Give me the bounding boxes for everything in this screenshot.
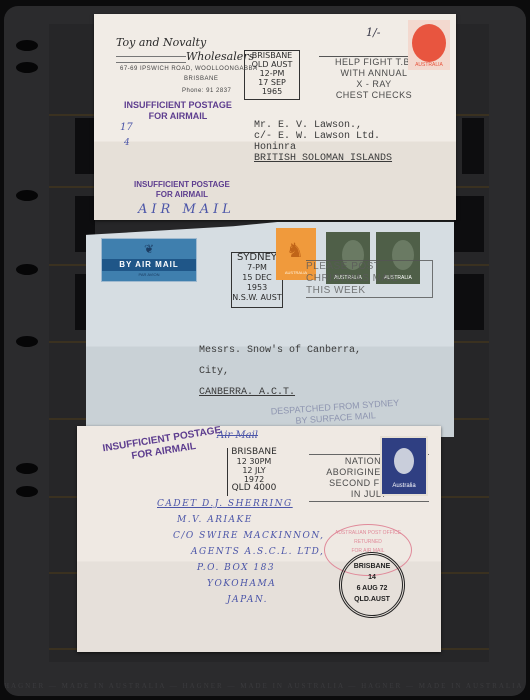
- pencil-mark: 17: [120, 122, 133, 133]
- postmark-brisbane-1972: BRISBANE 12 30PM 12 JLY 1972 QLD 4000: [227, 448, 280, 496]
- postmark-city: SYDNEY: [232, 253, 282, 263]
- slogan-line: PLEASE POST: [306, 261, 432, 273]
- recipient-address: Mr. E. V. Lawson., c/- E. W. Lawson Ltd.…: [254, 120, 392, 164]
- stamp-country: Australia: [382, 483, 426, 489]
- address-line: BRITISH SOLOMAN ISLANDS: [254, 153, 392, 164]
- backstamp-city: BRISBANE: [342, 561, 402, 572]
- address-line: c/- E. W. Lawson Ltd.: [254, 131, 392, 142]
- insufficient-postage-cachet-2: INSUFFICIENT POSTAGE FOR AIRMAIL: [134, 180, 230, 200]
- slogan-line: THIS WEEK: [306, 285, 432, 297]
- stamp-country: AUSTRALIA: [408, 62, 450, 68]
- cachet-line: INSUFFICIENT POSTAGE: [124, 100, 232, 111]
- insufficient-postage-cachet: INSUFFICIENT POSTAGE FOR AIRMAIL: [124, 100, 232, 122]
- letterhead-rule: [116, 56, 186, 63]
- cover-1965: Toy and Novalty Wholesalers 67-69 IPSWIC…: [94, 14, 456, 220]
- postmark-city: BRISBANE: [245, 51, 299, 60]
- backstamp-state: QLD.AUST: [342, 594, 402, 605]
- pencil-mark: 4: [124, 138, 130, 148]
- address-line: City,: [199, 361, 361, 382]
- address-line: M.V. ARIAKE: [157, 512, 325, 528]
- insufficient-postage-cachet: INSUFFICIENT POSTAGE FOR AIRMAIL: [102, 425, 224, 467]
- slogan-line: CHEST CHECKS: [319, 90, 429, 101]
- postmark-year: 1953: [232, 283, 282, 293]
- stamp-5c-queen: AUSTRALIA: [408, 20, 450, 70]
- address-line: C/O SWIRE MACKINNON,: [157, 528, 325, 544]
- strip-window: [454, 274, 484, 330]
- postmark-state: QLD AUST: [245, 60, 299, 69]
- binder-hole: [16, 486, 38, 497]
- sender-city: BRISBANE: [184, 76, 218, 82]
- sender-phone: Phone: 91 2837: [182, 88, 231, 94]
- backstamp-number: 14: [342, 572, 402, 583]
- address-line: CANBERRA. A.C.T.: [199, 382, 361, 403]
- wings-icon: ❦: [126, 242, 172, 256]
- sender-name-line1: Toy and Novalty: [116, 36, 206, 49]
- portrait-icon: [394, 448, 414, 474]
- binder-hole: [16, 264, 38, 275]
- postmark-footer: QLD 4000: [228, 484, 280, 493]
- postmark-date: 12 JLY: [228, 466, 280, 475]
- binder-hole: [16, 463, 38, 474]
- postmark-time: 12 30PM: [228, 457, 280, 466]
- cachet-line: AUSTRALIAN POST OFFICE: [325, 529, 411, 538]
- airmail-label-text: BY AIR MAIL: [102, 259, 196, 271]
- cachet-line: FOR AIRMAIL: [124, 111, 232, 122]
- backstamp-date: 6 AUG 72: [342, 583, 402, 594]
- slogan-line: X - RAY: [319, 79, 429, 90]
- cover-1953: ❦ BY AIR MAIL PAR AVION SYDNEY 7-PM 15 D…: [86, 222, 454, 437]
- airmail-label: ❦ BY AIR MAIL PAR AVION: [101, 238, 197, 282]
- struck-air-mail: Air Mail: [217, 430, 258, 441]
- postmark-time: 7-PM: [232, 263, 282, 273]
- address-line: JAPAN.: [157, 592, 325, 608]
- rate-note: 1/-: [366, 26, 380, 39]
- binder-hole: [16, 40, 38, 51]
- strip-window: [462, 118, 484, 174]
- cover-1972: INSUFFICIENT POSTAGE FOR AIRMAIL Air Mai…: [77, 426, 441, 652]
- address-line: YOKOHAMA: [157, 576, 325, 592]
- postmark-city: BRISBANE: [228, 448, 280, 457]
- kangaroo-icon: ♞: [286, 238, 304, 263]
- brisbane-backstamp: BRISBANE 14 6 AUG 72 QLD.AUST: [339, 552, 405, 618]
- stamp-7c-portrait: Australia: [380, 436, 428, 496]
- cachet-line: RETURNED: [325, 538, 411, 547]
- airmail-label-sub: PAR AVION: [102, 272, 196, 277]
- sender-address: 67-69 IPSWICH ROAD, WOOLLOONGABBA: [120, 66, 258, 72]
- binder-hole: [16, 190, 38, 201]
- queen-portrait-icon: [412, 24, 446, 62]
- postmark-year: 1965: [245, 87, 299, 96]
- postmark-date: 15 DEC: [232, 273, 282, 283]
- postmark-brisbane-1965: BRISBANE QLD AUST 12-PM 17 SEP 1965: [244, 50, 300, 100]
- address-line: Messrs. Snow's of Canberra,: [199, 340, 361, 361]
- strip-window: [75, 118, 95, 174]
- address-line: CADET D.J. SHERRING: [157, 496, 325, 512]
- cachet-line: INSUFFICIENT POSTAGE: [134, 180, 230, 190]
- address-line: Mr. E. V. Lawson.,: [254, 120, 392, 131]
- binder-hole: [16, 62, 38, 73]
- slogan-cancel-1953: PLEASE POST CHRISTMAS MAIL THIS WEEK: [306, 260, 433, 298]
- recipient-address-handwritten: CADET D.J. SHERRING M.V. ARIAKE C/O SWIR…: [157, 496, 325, 608]
- album-footer-text: HAGNER — MADE IN AUSTRALIA — HAGNER — MA…: [4, 678, 526, 694]
- postmark-state: N.S.W. AUST: [232, 293, 282, 303]
- slogan-line: CHRISTMAS MAIL: [306, 273, 432, 285]
- cachet-line: FOR AIRMAIL: [134, 190, 230, 200]
- postmark-date: 17 SEP: [245, 78, 299, 87]
- address-line: AGENTS A.S.C.L. LTD,: [157, 544, 325, 560]
- manuscript-air-mail: AIR MAIL: [138, 202, 235, 217]
- address-line: Honinra: [254, 142, 392, 153]
- postmark-time: 12-PM: [245, 69, 299, 78]
- recipient-address: Messrs. Snow's of Canberra, City, CANBER…: [199, 340, 361, 403]
- strip-window: [454, 196, 484, 252]
- binder-hole: [16, 336, 38, 347]
- address-line: P.O. BOX 183: [157, 560, 325, 576]
